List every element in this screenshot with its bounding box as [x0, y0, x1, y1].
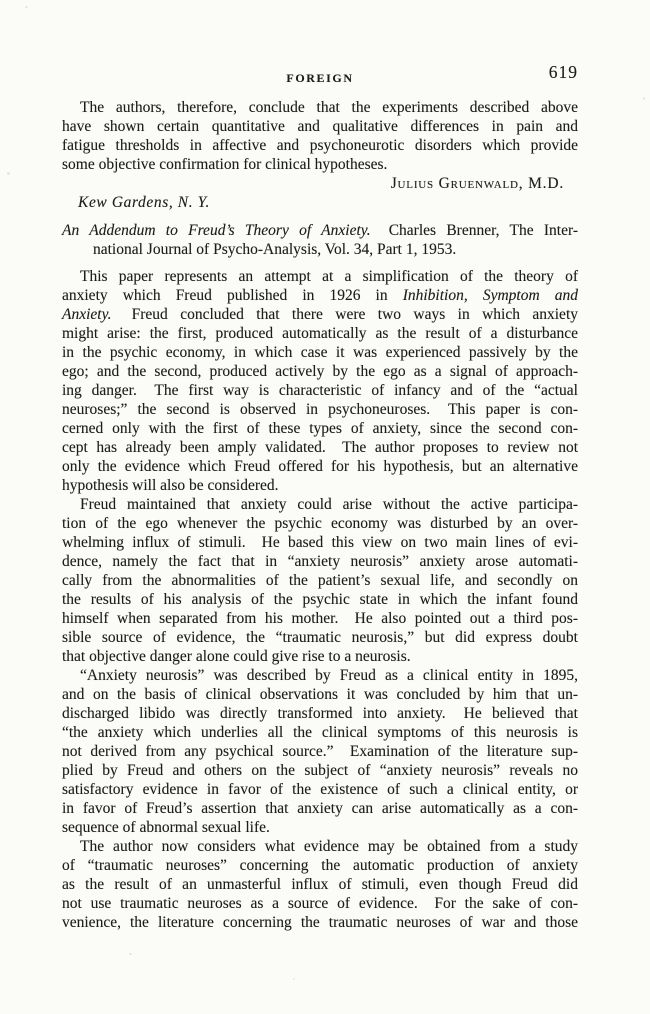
text-line: as the result of an unmasterful influx o… [62, 875, 578, 894]
text-line: Anxiety. Freud concluded that there were… [62, 305, 578, 324]
text-line: that objective danger alone could give r… [62, 647, 578, 666]
scan-speck [643, 97, 645, 100]
text-line: cept has already been amply validated. T… [62, 438, 578, 457]
text-line: The author now considers what evidence m… [62, 837, 578, 856]
text-line: dence, namely the fact that in “anxiety … [62, 552, 578, 571]
text-block: The authors, therefore, conclude that th… [62, 98, 578, 932]
text-line: might arise: the first, produced automat… [62, 324, 578, 343]
text-line: “Anxiety neurosis” was described by Freu… [62, 666, 578, 685]
text-line: sequence of abnormal sexual life. [62, 818, 578, 837]
text-line: plied by Freud and others on the subject… [62, 761, 578, 780]
text-line: satisfactory evidence in favor of the ex… [62, 780, 578, 799]
abstract-paragraph-2: Freud maintained that anxiety could aris… [62, 495, 578, 666]
text-line: anxiety which Freud published in 1926 in… [62, 286, 578, 305]
text-line: hypothesis will also be considered. [62, 476, 578, 495]
scan-speck [293, 978, 295, 980]
scan-speck [129, 953, 132, 955]
text-line: in favor of Freud’s assertion that anxie… [62, 799, 578, 818]
text-line: whelming influx of stimuli. He based thi… [62, 533, 578, 552]
text-line: national Journal of Psycho-Analysis, Vol… [93, 240, 578, 259]
text-line: “the anxiety which underlies all the cli… [62, 723, 578, 742]
closing-paragraph: The authors, therefore, conclude that th… [62, 98, 578, 174]
abstract-paragraph-3: “Anxiety neurosis” was described by Freu… [62, 666, 578, 837]
text-line: himself when separated from his mother. … [62, 609, 578, 628]
text-line: This paper represents an attempt at a si… [62, 267, 578, 286]
text-line: tion of the ego whenever the psychic eco… [62, 514, 578, 533]
text-line: neuroses;” the second is observed in psy… [62, 400, 578, 419]
text-line: fatigue thresholds in affective and psyc… [62, 136, 578, 155]
text-line: ego; and the second, produced actively b… [62, 362, 578, 381]
scan-speck [25, 6, 28, 8]
text-line: only the evidence which Freud offered fo… [62, 457, 578, 476]
text-line: The authors, therefore, conclude that th… [62, 98, 578, 117]
text-line: not derived from any psychical source.” … [62, 742, 578, 761]
text-line: venience, the literature concerning the … [62, 913, 578, 932]
text-line: cally from the abnormalities of the pati… [62, 571, 578, 590]
running-title: FOREIGN [62, 69, 578, 88]
abstract-paragraph-1: This paper represents an attempt at a si… [62, 267, 578, 495]
author-location: Kew Gardens, N. Y. [62, 193, 578, 212]
text-line: not use traumatic neuroses as a source o… [62, 894, 578, 913]
page-number: 619 [549, 63, 578, 82]
text-line: ing danger. The first way is characteris… [62, 381, 578, 400]
text-line: some objective confirmation for clinical… [62, 155, 578, 174]
text-line: and on the basis of clinical observation… [62, 685, 578, 704]
page-header: FOREIGN 619 [62, 66, 578, 86]
text-line: discharged libido was directly transform… [62, 704, 578, 723]
abstract-paragraph-4: The author now considers what evidence m… [62, 837, 578, 932]
text-line: Freud maintained that anxiety could aris… [62, 495, 578, 514]
journal-page: FOREIGN 619 The authors, therefore, conc… [0, 0, 650, 1014]
scan-speck [7, 172, 10, 175]
text-line: in the psychic economy, in which case it… [62, 343, 578, 362]
author-signature: Julius Gruenwald, M.D. [62, 174, 578, 193]
text-line: the results of his analysis of the psych… [62, 590, 578, 609]
text-line: An Addendum to Freud’s Theory of Anxiety… [62, 221, 578, 240]
text-line: sible source of evidence, the “traumatic… [62, 628, 578, 647]
text-line: of “traumatic neuroses” concerning the a… [62, 856, 578, 875]
text-line: cerned only with the first of these type… [62, 419, 578, 438]
abstract-citation: An Addendum to Freud’s Theory of Anxiety… [62, 221, 578, 259]
text-line: have shown certain quantitative and qual… [62, 117, 578, 136]
